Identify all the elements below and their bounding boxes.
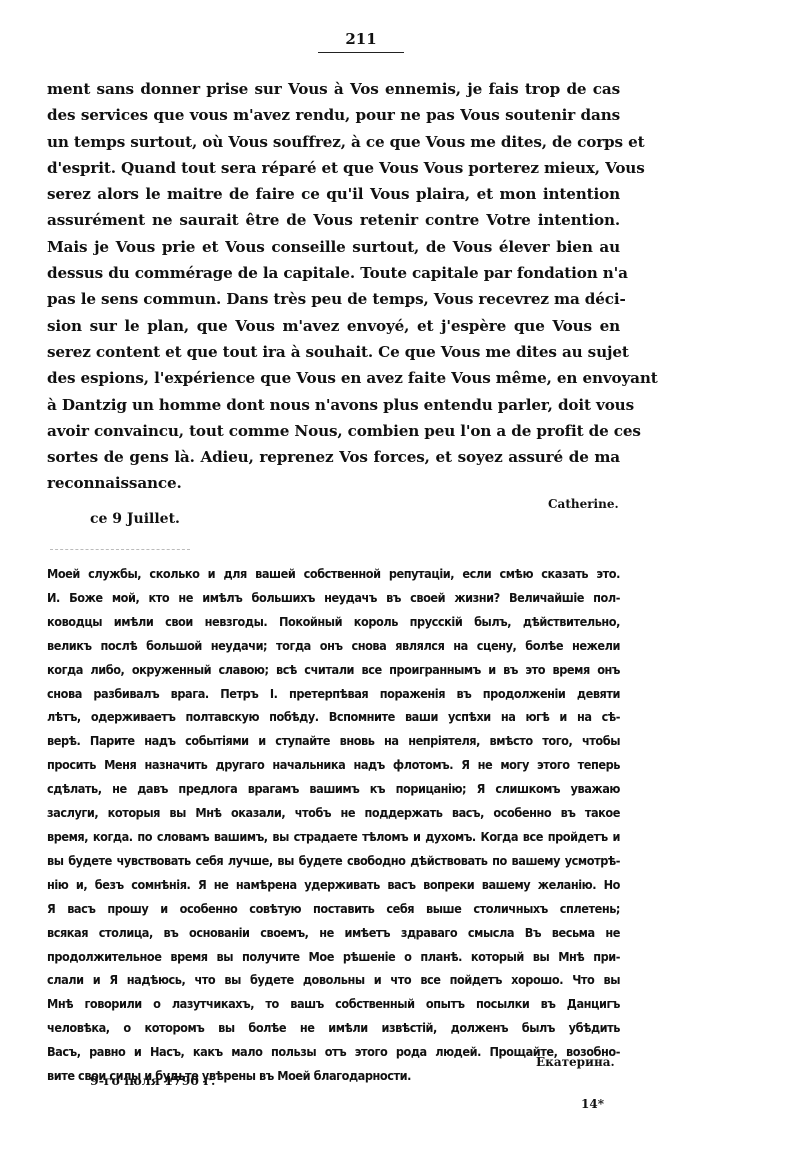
text-line: Васъ, равно и Насъ, какъ мало пользы отъ… <box>47 1040 620 1064</box>
text-line: И. Боже мой, кто не имѣлъ большихъ неуда… <box>47 586 620 610</box>
text-line: des services que vous m'avez rendu, pour… <box>47 102 620 128</box>
text-line: лѣтъ, одерживаетъ полтавскую побѣду. Всп… <box>47 705 620 729</box>
text-line: à Dantzig un homme dont nous n'avons plu… <box>47 392 620 418</box>
text-line: un temps surtout, où Vous souffrez, à ce… <box>47 129 620 155</box>
text-line: Моей службы, сколько и для вашей собстве… <box>47 562 620 586</box>
text-line: слали и Я надѣюсь, что вы будете довольн… <box>47 968 620 992</box>
text-line: всякая столица, въ основаніи своемъ, не … <box>47 921 620 945</box>
text-line: вы будете чувствовать себя лучше, вы буд… <box>47 849 620 873</box>
text-line: когда либо, окруженный славою; всѣ счита… <box>47 658 620 682</box>
text-line: заслуги, которыя вы Мнѣ оказали, чтобъ н… <box>47 801 620 825</box>
text-line: Я васъ прошу и особенно совѣтую поставит… <box>47 897 620 921</box>
section-divider <box>50 549 190 550</box>
russian-letter-body: Моей службы, сколько и для вашей собстве… <box>47 562 620 1088</box>
text-line: des espions, l'expérience que Vous en av… <box>47 365 620 391</box>
page-number: 211 <box>318 30 404 53</box>
text-line: время, когда. по словамъ вашимъ, вы стра… <box>47 825 620 849</box>
text-line: просить Меня назначить другаго начальник… <box>47 753 620 777</box>
text-line: великъ послѣ большой неудачи; тогда онъ … <box>47 634 620 658</box>
french-signature: Catherine. <box>548 497 619 511</box>
text-line: ководцы имѣли свои невзгоды. Покойный ко… <box>47 610 620 634</box>
text-line: serez alors le maitre de faire ce qu'il … <box>47 181 620 207</box>
french-date: ce 9 Juillet. <box>90 511 180 527</box>
text-line: верѣ. Парите надъ событіями и ступайте в… <box>47 729 620 753</box>
text-line: avoir convaincu, tout comme Nous, combie… <box>47 418 620 444</box>
text-line: Mais je Vous prie et Vous conseille surt… <box>47 234 620 260</box>
text-line: assurément ne saurait être de Vous reten… <box>47 207 620 233</box>
french-letter-body: ment sans donner prise sur Vous à Vos en… <box>47 76 620 497</box>
text-line: ment sans donner prise sur Vous à Vos en… <box>47 76 620 102</box>
russian-date: 9-го іюля 1790 г. <box>90 1073 215 1088</box>
text-line: reconnaissance. <box>47 470 620 496</box>
russian-signature: Екатерина. <box>536 1055 615 1069</box>
text-line: сдѣлать, не давъ предлога врагамъ вашимъ… <box>47 777 620 801</box>
text-line: нію и, безъ сомнѣнія. Я не намѣрена удер… <box>47 873 620 897</box>
text-line: снова разбивалъ врага. Петръ I. претерпѣ… <box>47 682 620 706</box>
text-line: pas le sens commun. Dans très peu de tem… <box>47 286 620 312</box>
text-line: serez content et que tout ira à souhait.… <box>47 339 620 365</box>
text-line: человѣка, о которомъ вы болѣе не имѣли и… <box>47 1016 620 1040</box>
printer-signature-mark: 14* <box>581 1097 604 1111</box>
text-line: dessus du commérage de la capitale. Tout… <box>47 260 620 286</box>
document-page: 211 ment sans donner prise sur Vous à Vo… <box>0 0 792 1176</box>
text-line: продолжительное время вы получите Мое рѣ… <box>47 945 620 969</box>
text-line: d'esprit. Quand tout sera réparé et que … <box>47 155 620 181</box>
text-line: sion sur le plan, que Vous m'avez envoyé… <box>47 313 620 339</box>
text-line: Мнѣ говорили о лазутчикахъ, то вашъ собс… <box>47 992 620 1016</box>
text-line: sortes de gens là. Adieu, reprenez Vos f… <box>47 444 620 470</box>
